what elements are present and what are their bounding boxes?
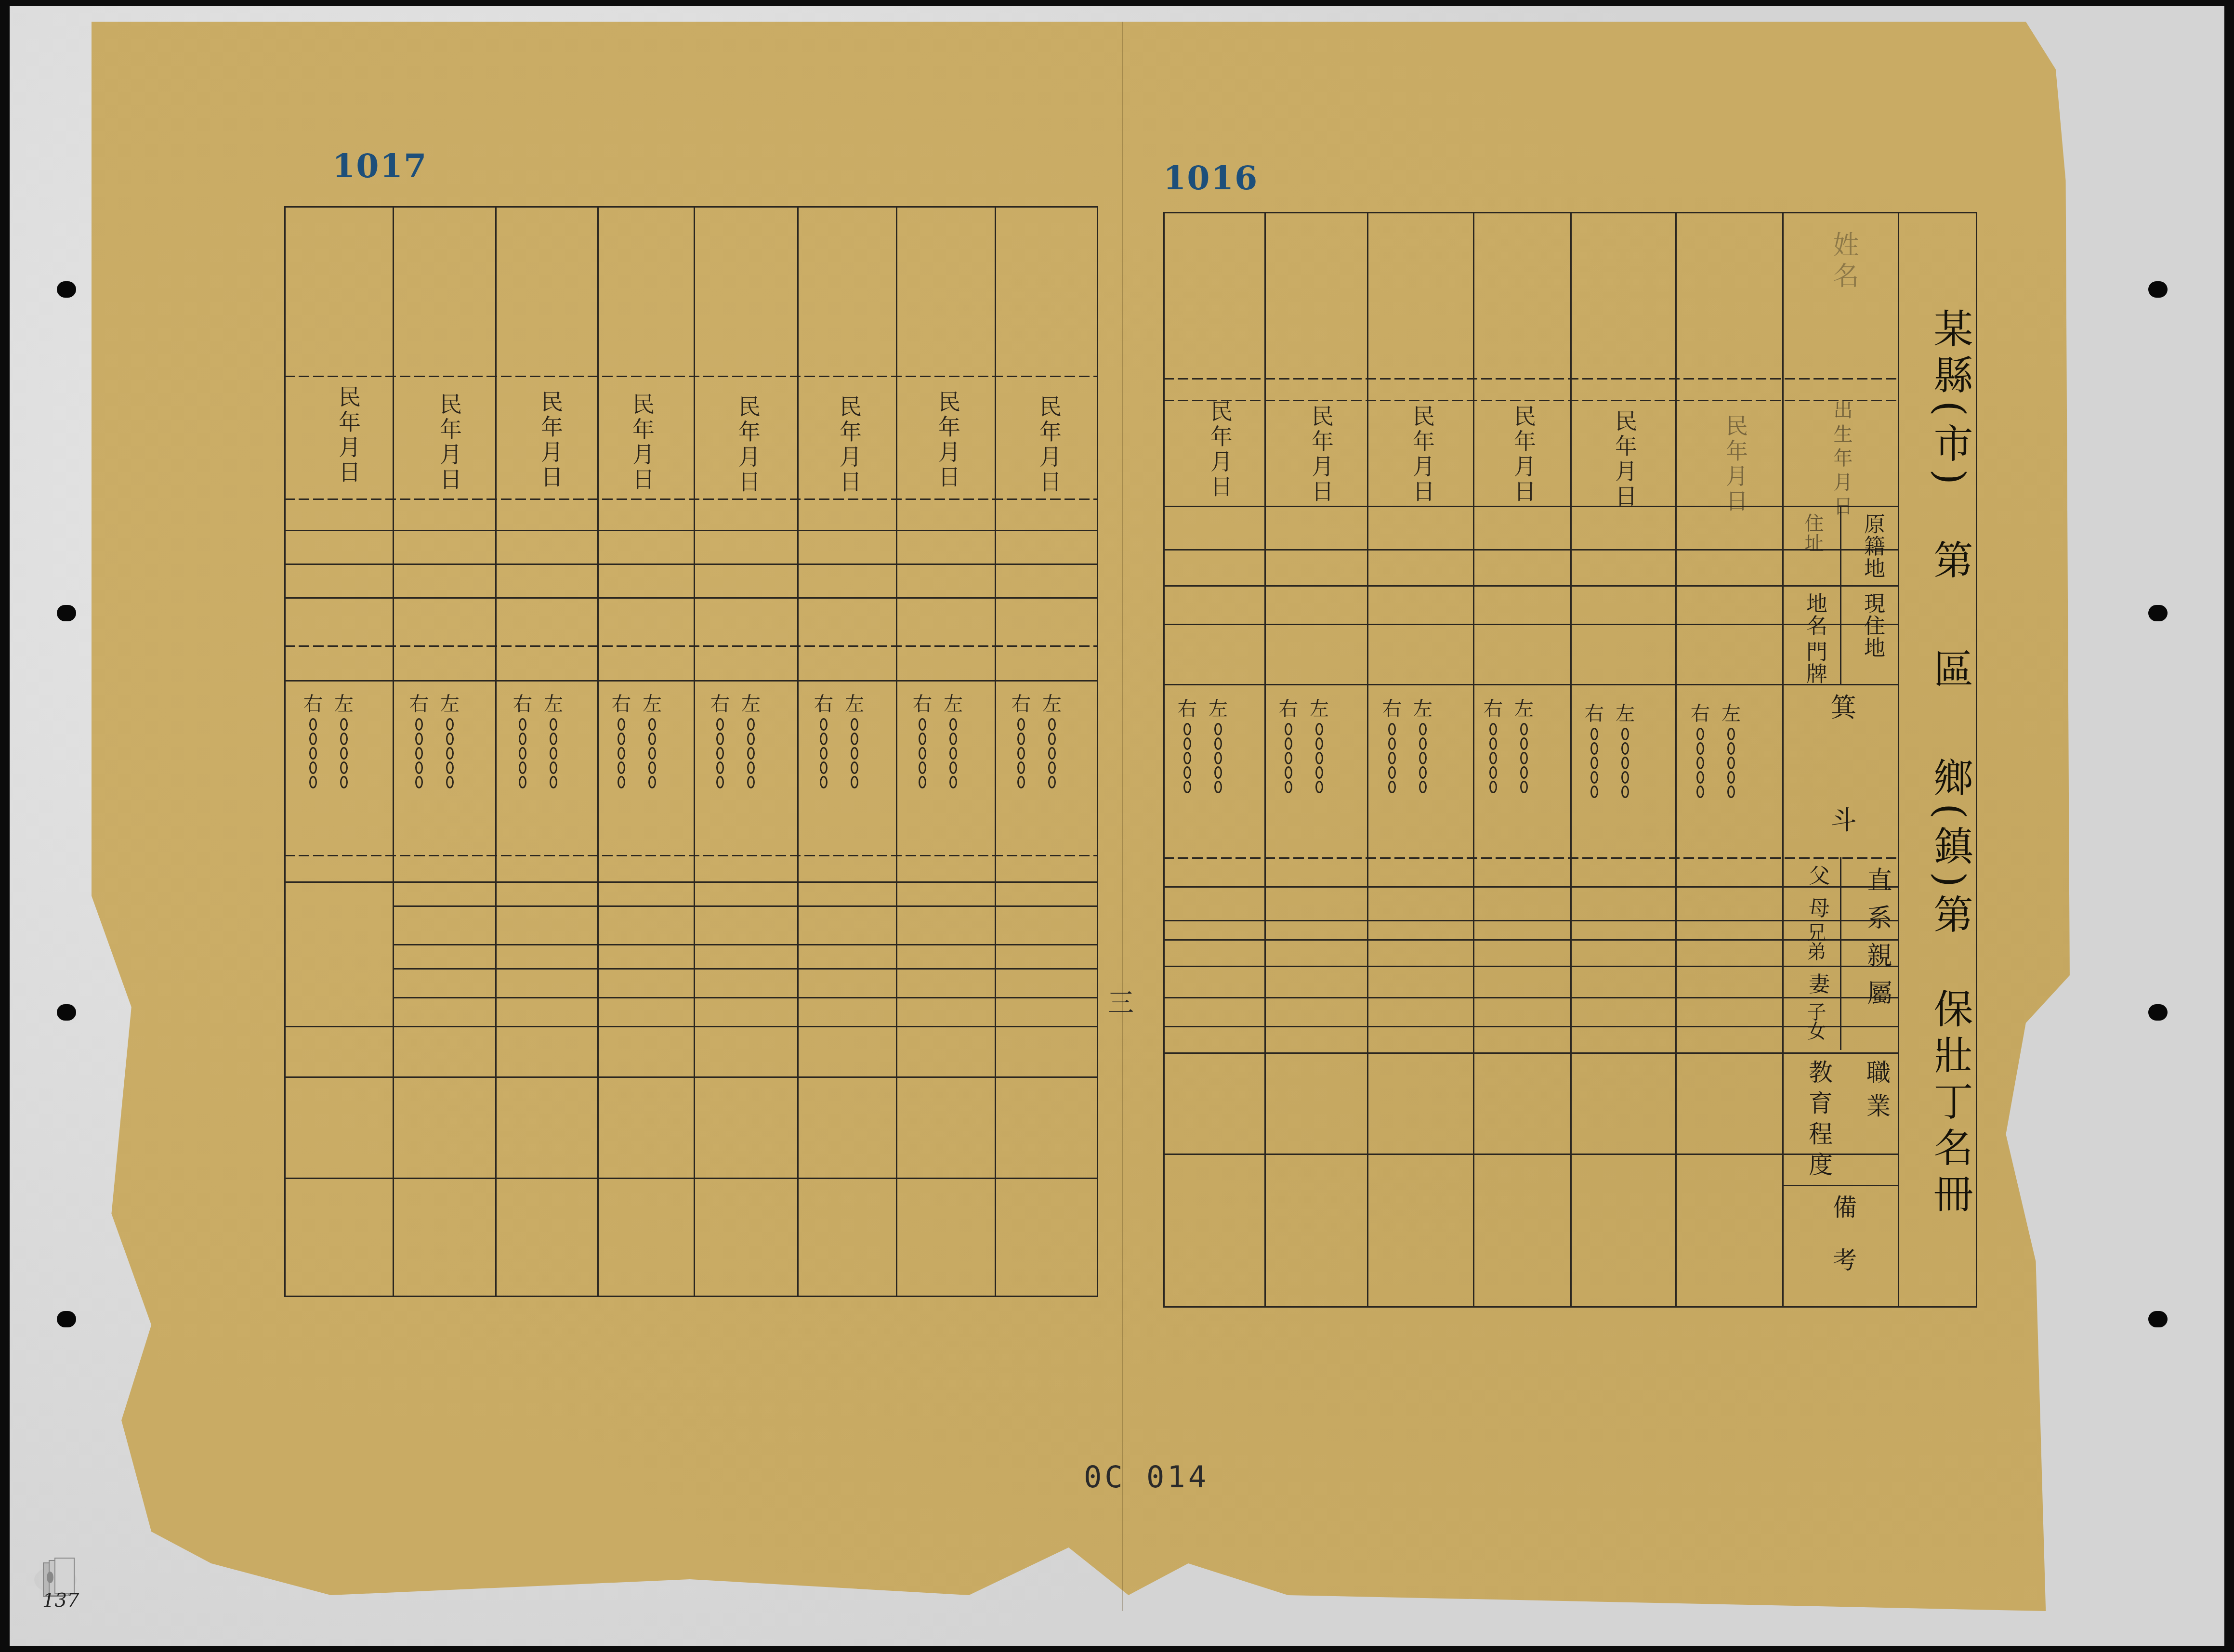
label-relatives-wife: 妻 [1801, 973, 1832, 999]
label-education: 教育程度 [1801, 1060, 1836, 1183]
fingerprint-cell: 右 左 [913, 689, 963, 788]
birth-date-cell: 民年月日 [1305, 405, 1337, 505]
title-county: 某縣(市) [1927, 308, 1973, 491]
birth-date-cell: 民年月日 [1609, 409, 1641, 510]
title-di: 第 [1927, 539, 1973, 586]
fingerprint-cell: 右 左 [710, 689, 761, 788]
birth-date-cell: 民年月日 [1720, 414, 1751, 514]
label-relatives-mother: 母 [1801, 897, 1832, 923]
binder-hole [2148, 281, 2168, 298]
birth-date-cell: 民年月日 [1204, 400, 1236, 500]
fingerprint-cell: 右 左 [1585, 698, 1635, 798]
birth-date-cell: 民年月日 [434, 393, 465, 493]
binder-hole [2148, 1311, 2168, 1327]
page-number-left: 1017 [332, 147, 427, 185]
fingerprint-cell: 右 左 [1012, 689, 1062, 788]
binder-hole [2148, 605, 2168, 621]
label-address: 住址 [1799, 513, 1827, 553]
binder-hole [57, 281, 76, 298]
fingerprint-cell: 右 左 [409, 689, 460, 788]
label-residence: 現住地 [1857, 592, 1888, 659]
binder-hole [57, 1311, 76, 1327]
title-district: 區 [1927, 648, 1973, 695]
birth-date-cell: 民年月日 [626, 393, 658, 493]
label-relatives: 直系親屬 [1859, 867, 1895, 1017]
title-bao-register: 保壯丁名冊 [1927, 988, 1973, 1219]
fingerprint-cell: 右 左 [814, 689, 864, 788]
label-house-number: 門牌 [1799, 641, 1830, 685]
fold-mark: 三 [1108, 983, 1134, 1020]
label-birth-date: 出生年月日 [1828, 400, 1855, 520]
fingerprint-cell: 右 左 [303, 689, 354, 788]
fingerprint-cell: 右 左 [1178, 694, 1228, 793]
fingerprint-cell: 右 左 [513, 689, 563, 788]
label-name: 姓名 [1826, 231, 1863, 293]
label-relatives-siblings: 兄弟 [1801, 922, 1829, 961]
binder-hole [2148, 1004, 2168, 1021]
fingerprint-cell: 右 左 [1382, 694, 1432, 793]
label-native-place: 原籍地 [1857, 513, 1888, 579]
fingerprint-cell: 右 左 [1691, 698, 1741, 798]
label-place-name: 地名 [1799, 592, 1830, 637]
title-township: 鄉(鎮)第 [1927, 757, 1973, 940]
label-relatives-father: 父 [1801, 865, 1832, 891]
fingerprint-cell: 右 左 [612, 689, 662, 788]
fingerprint-cell: 右 左 [1484, 694, 1534, 793]
center-fold [1122, 22, 1123, 1611]
binder-hole [57, 1004, 76, 1021]
fingerprint-cell: 右 左 [1279, 694, 1329, 793]
label-occupation: 職業 [1859, 1060, 1894, 1127]
form-title: 某縣(市) 第 區 鄉(鎮)第 保壯丁名冊 [1922, 308, 1978, 1219]
binder-hole [57, 605, 76, 621]
archive-stamp: 0C 014 [1084, 1459, 1209, 1495]
birth-date-cell: 民年月日 [732, 395, 764, 495]
birth-date-cell: 民年月日 [833, 395, 865, 495]
birth-date-cell: 民年月日 [535, 390, 566, 490]
page-number-right: 1016 [1163, 159, 1258, 197]
birth-date-cell: 民年月日 [1406, 405, 1438, 505]
birth-date-cell: 民年月日 [1033, 395, 1065, 495]
corner-handwritten-mark: 137 [42, 1589, 79, 1612]
label-relatives-children: 子女 [1801, 1002, 1829, 1040]
label-remarks: 備考 [1826, 1194, 1860, 1300]
birth-date-cell: 民年月日 [332, 385, 364, 485]
birth-date-cell: 民年月日 [1508, 405, 1539, 505]
birth-date-cell: 民年月日 [932, 390, 964, 490]
